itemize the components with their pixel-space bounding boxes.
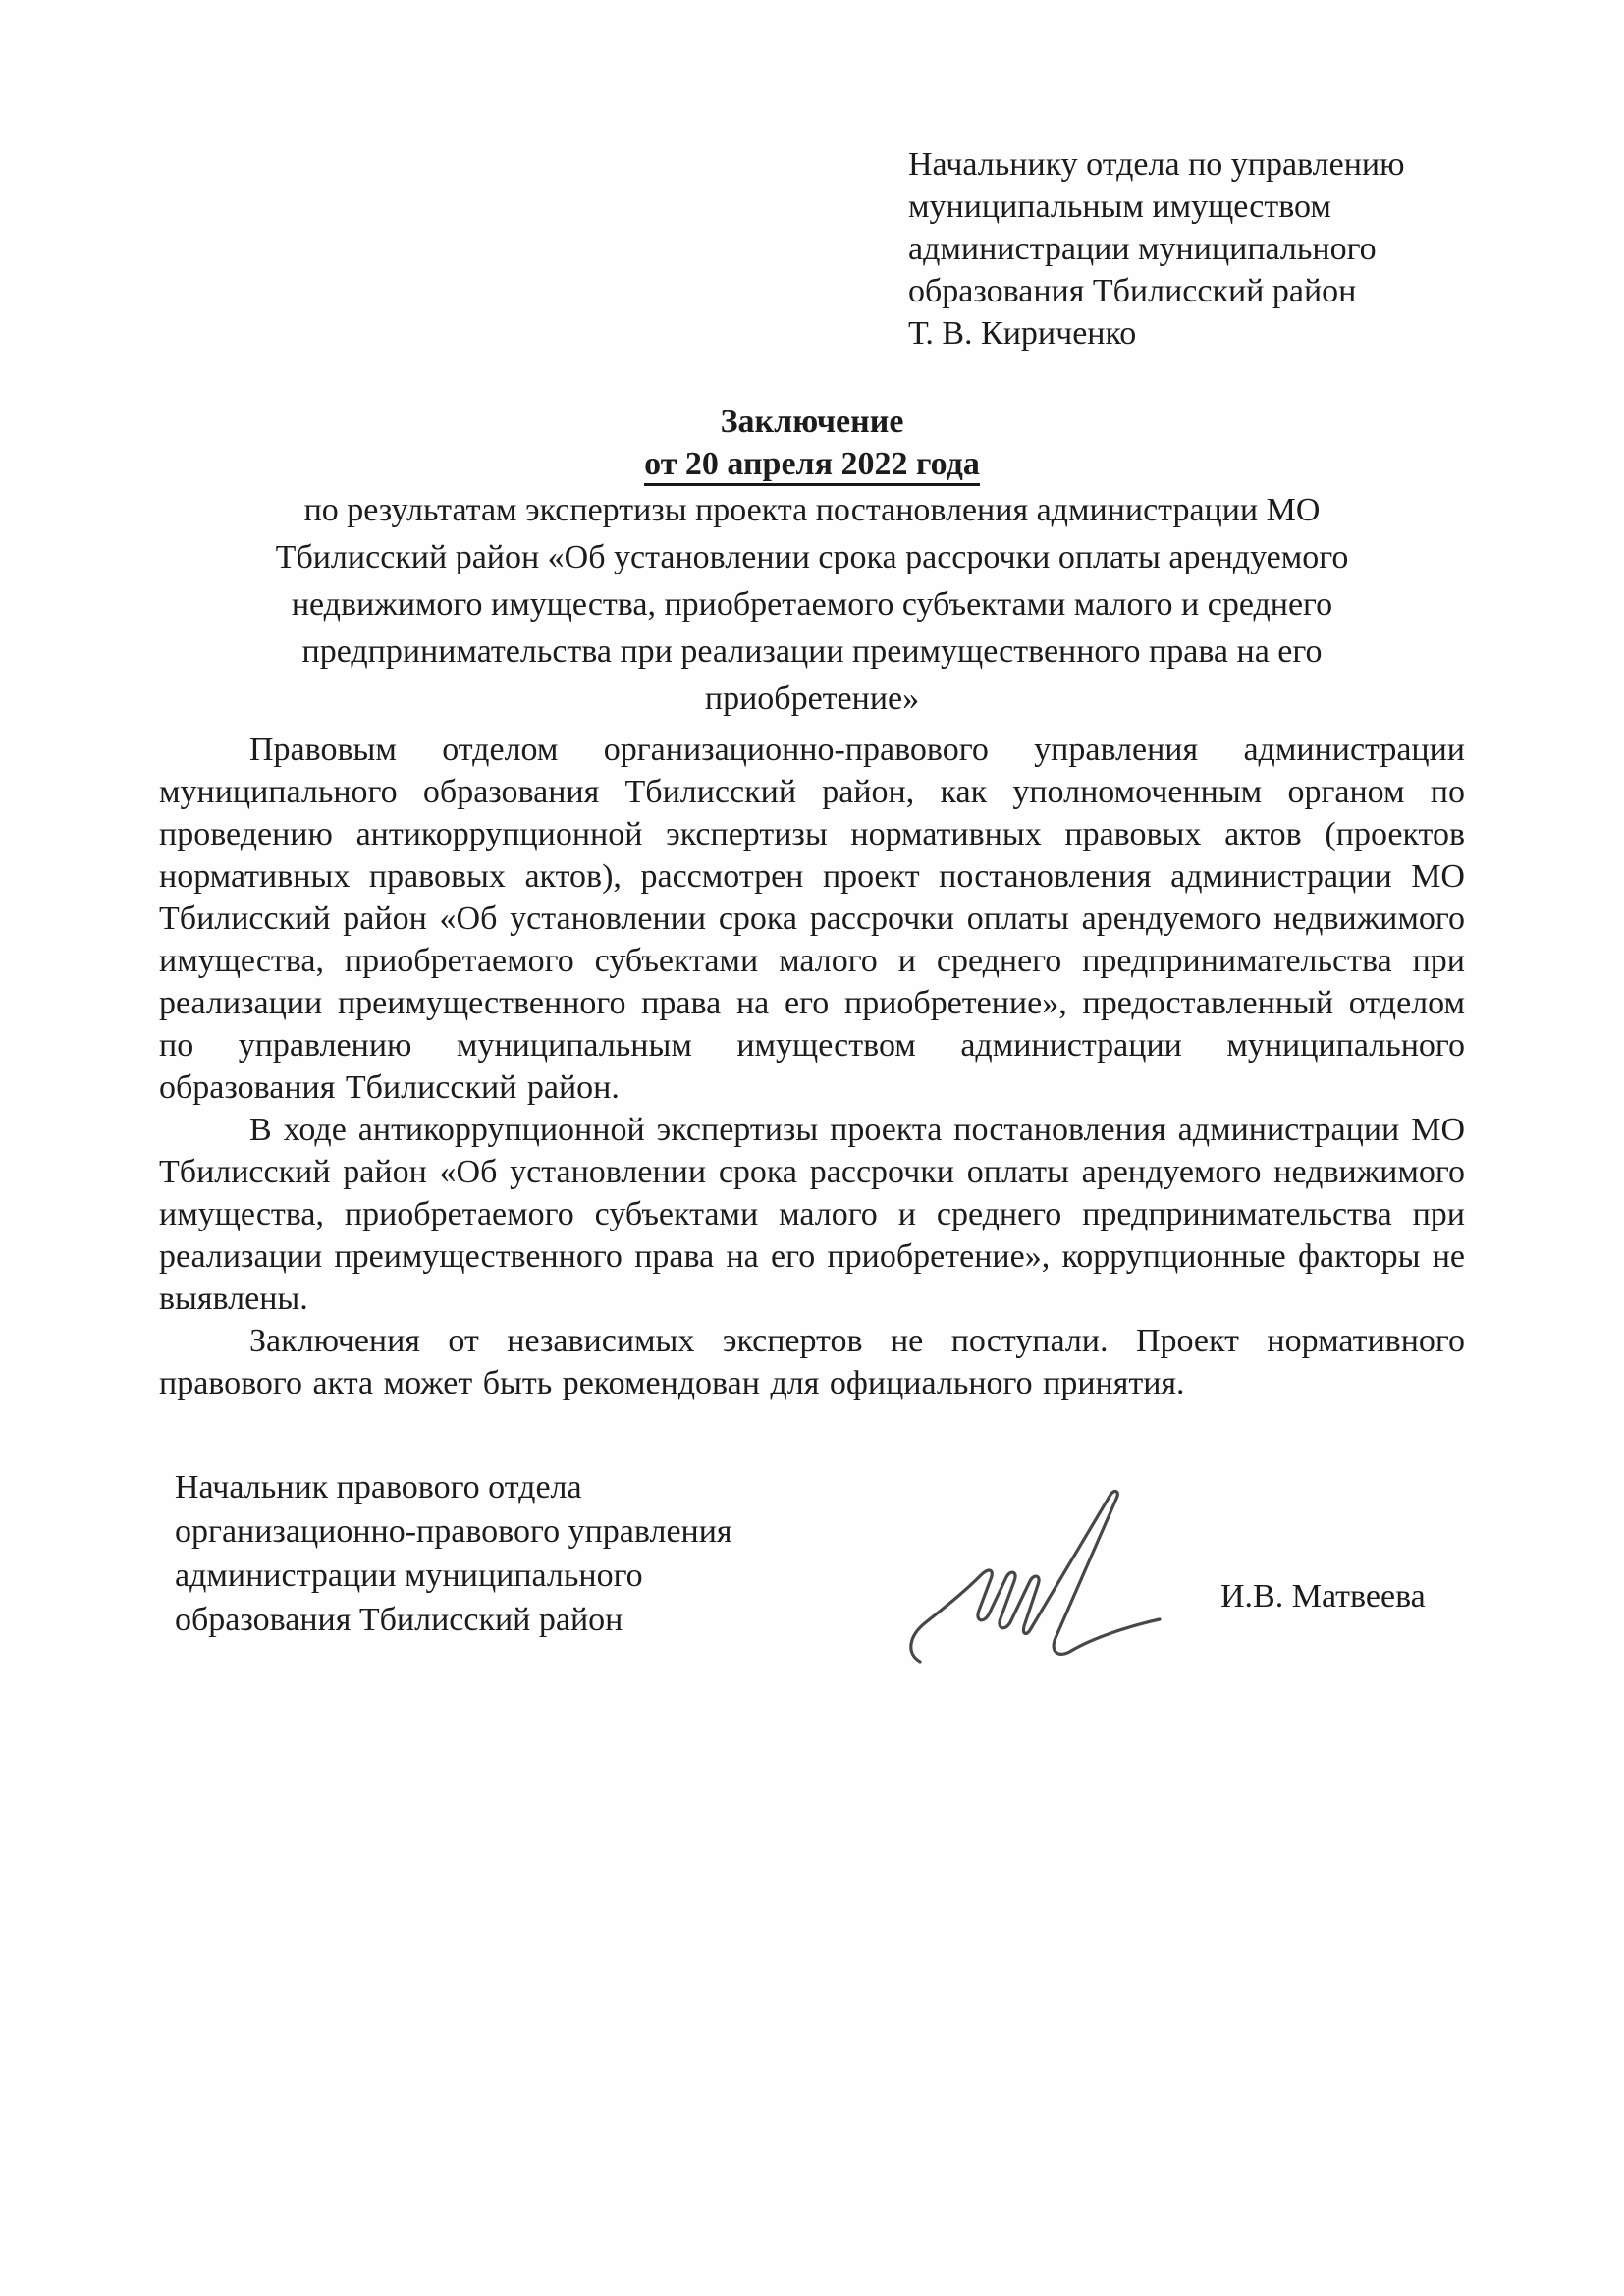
addressee-block: Начальнику отдела по управлению муниципа… — [908, 143, 1497, 355]
handwritten-signature-icon — [898, 1475, 1173, 1676]
signatory-name: И.В. Матвеева — [1220, 1575, 1426, 1617]
document-date-underlined-text: от 20 апреля 2022 года — [644, 446, 980, 486]
paragraph-recommendation: Заключения от независимых экспертов не п… — [159, 1320, 1465, 1404]
paragraph-no-corruption-factors: В ходе антикоррупционной экспертизы прое… — [159, 1109, 1465, 1320]
document-date-line: от 20 апреля 2022 года — [159, 443, 1465, 485]
paragraph-expertise-conducted: Правовым отделом организационно-правовог… — [159, 729, 1465, 1109]
document-body: Правовым отделом организационно-правовог… — [159, 729, 1465, 1404]
signatory-position-block: Начальник правового отдела организационн… — [175, 1465, 862, 1642]
document-page: Начальнику отдела по управлению муниципа… — [0, 0, 1624, 2296]
document-title: Заключение — [159, 401, 1465, 443]
document-subject: по результатам экспертизы проекта постан… — [159, 487, 1465, 723]
